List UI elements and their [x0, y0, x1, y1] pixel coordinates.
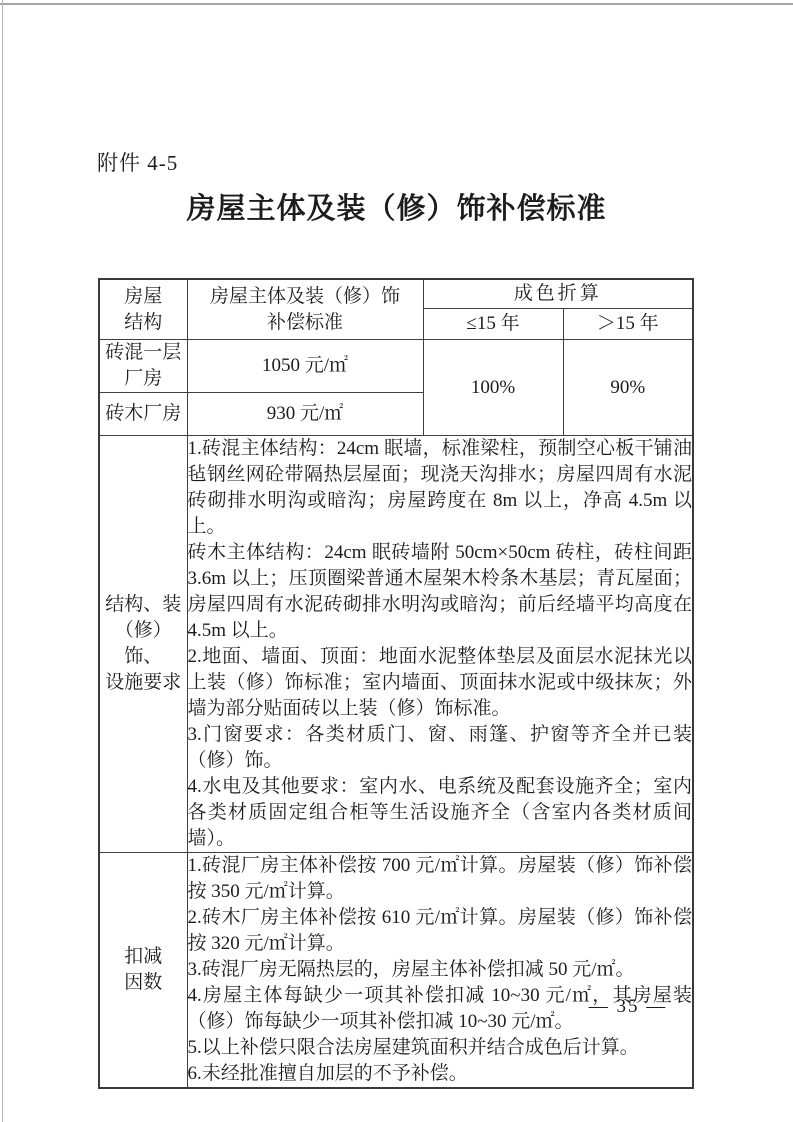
- condition-le15-value: 100%: [423, 340, 563, 436]
- scan-edge-top-line: [0, 3, 793, 5]
- header-cell-structure: 房屋 结构: [99, 279, 187, 340]
- requirements-content: 1.砖混主体结构：24cm 眠墙，标准梁柱，预制空心板干铺油毡钢丝网砼带隔热层屋…: [187, 436, 693, 853]
- text-paragraph: 2.地面、墙面、顶面：地面水泥整体垫层及面层水泥抹光以上装（修）饰标准；室内墙面…: [188, 644, 693, 722]
- text-paragraph: 3.砖混厂房无隔热层的，房屋主体补偿扣减 50 元/㎡。: [188, 957, 693, 983]
- attachment-label: 附件 4-5: [97, 147, 178, 177]
- header-cell-standard: 房屋主体及装（修）饰 补偿标准: [187, 279, 423, 340]
- text-paragraph: 4.水电及其他要求：室内水、电系统及配套设施齐全；室内各类材质固定组合柜等生活设…: [188, 774, 693, 852]
- document-page: 附件 4-5 房屋主体及装（修）饰补偿标准 房屋 结构 房屋主体及装（修）饰 补…: [0, 0, 793, 1122]
- requirements-label: 结构、装 （修）饰、 设施要求: [99, 436, 187, 853]
- deductions-content: 1.砖混厂房主体补偿按 700 元/㎡计算。房屋装（修）饰补偿按 350 元/㎡…: [187, 853, 693, 1089]
- text-paragraph: 砖木主体结构：24cm 眠砖墙附 50cm×50cm 砖柱，砖柱间距 3.6m …: [188, 540, 693, 644]
- header-cell-gt15: ＞15 年: [563, 309, 693, 340]
- header-cell-condition: 成色折算: [423, 279, 693, 309]
- row-standard-value: 930 元/㎡: [187, 393, 423, 436]
- page-title: 房屋主体及装（修）饰补偿标准: [0, 186, 793, 227]
- condition-gt15-value: 90%: [563, 340, 693, 436]
- deductions-label: 扣减 因数: [99, 853, 187, 1089]
- row-structure-type: 砖木厂房: [99, 393, 187, 436]
- scan-edge-left-line: [2, 0, 3, 1122]
- text-paragraph: 1.砖混主体结构：24cm 眠墙，标准梁柱，预制空心板干铺油毡钢丝网砼带隔热层屋…: [188, 436, 693, 540]
- compensation-table: 房屋 结构 房屋主体及装（修）饰 补偿标准 成色折算 ≤15 年 ＞15 年 砖…: [98, 278, 694, 1089]
- row-structure-type: 砖混一层 厂房: [99, 340, 187, 393]
- row-standard-value: 1050 元/㎡: [187, 340, 423, 393]
- compensation-table-wrapper: 房屋 结构 房屋主体及装（修）饰 补偿标准 成色折算 ≤15 年 ＞15 年 砖…: [98, 278, 694, 1089]
- text-paragraph: 5.以上补偿只限合法房屋建筑面积并结合成色后计算。: [188, 1035, 693, 1061]
- text-paragraph: 6.未经批准擅自加层的不予补偿。: [188, 1061, 693, 1087]
- text-paragraph: 1.砖混厂房主体补偿按 700 元/㎡计算。房屋装（修）饰补偿按 350 元/㎡…: [188, 853, 693, 905]
- text-paragraph: 3.门窗要求：各类材质门、窗、雨篷、护窗等齐全并已装（修）饰。: [188, 722, 693, 774]
- page-number: — 35 —: [528, 996, 728, 1018]
- header-cell-le15: ≤15 年: [423, 309, 563, 340]
- text-paragraph: 2.砖木厂房主体补偿按 610 元/㎡计算。房屋装（修）饰补偿按 320 元/㎡…: [188, 905, 693, 957]
